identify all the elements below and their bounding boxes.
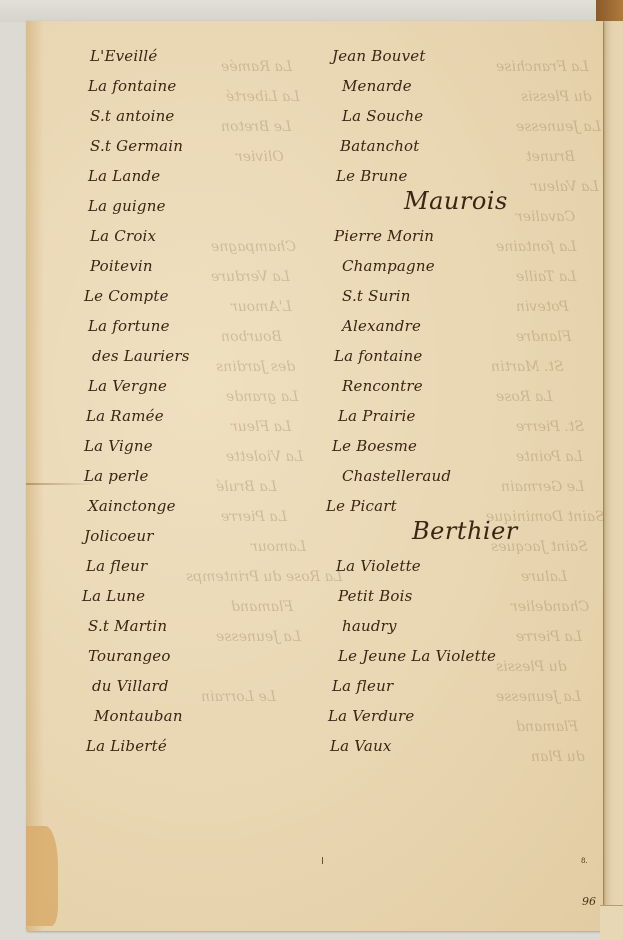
bleed-through-text: La Jeunesse [496,689,581,705]
bleed-through-text: St. Martin [491,359,564,375]
bleed-through-text: Flamand [516,719,578,735]
roster-entry: La fleur [86,557,147,575]
adjacent-page-corner [600,905,623,940]
roster-entry: La fontaine [334,347,422,365]
bleed-through-text: Flamand [231,599,293,615]
bleed-through-text: Le Lorrain [201,689,276,705]
bleed-through-text: La fontaine [496,239,576,255]
roster-entry: Jean Bouvet [332,47,426,65]
bleed-through-text: Brunet [526,149,575,165]
roster-entry: haudry [342,617,397,635]
roster-entry: Le Picart [326,497,397,515]
bleed-through-text: La Taille [516,269,576,285]
bleed-through-text: Lalure [521,569,567,585]
bleed-through-text: La Ramée [221,59,292,75]
bleed-through-text: Cavalier [516,209,575,225]
ink-mark [322,857,323,864]
roster-entry: La fleur [332,677,393,695]
roster-entry: S.t Germain [90,137,183,155]
company-heading: Maurois [404,187,508,215]
bleed-through-text: des Jardins [216,359,295,375]
roster-entry: Le Compte [84,287,169,305]
bleed-through-text: du Plessis [496,659,567,675]
roster-entry: La Verdure [328,707,415,725]
bleed-through-text: Le Germain [501,479,584,495]
roster-entry: La Liberté [86,737,167,755]
roster-entry: La Violette [336,557,421,575]
bleed-through-text: La grande [226,389,298,405]
roster-entry: Champagne [342,257,435,275]
roster-entry: S.t Martin [88,617,167,635]
bleed-through-text: Flandre [516,329,572,345]
bleed-through-text: Le Breton [221,119,291,135]
bleed-through-text: Potevin [516,299,569,315]
roster-entry: Tourangeo [88,647,171,665]
book-binding [596,0,623,22]
roster-entry: Petit Bois [338,587,412,605]
roster-entry: S.t Surin [342,287,411,305]
manuscript-page: La Ramée La Liberté Le Breton Olivier Ch… [26,21,603,931]
bleed-through-text: La Jeunesse [216,629,301,645]
roster-entry: La Croix [90,227,156,245]
bleed-through-text: La Violette [226,449,303,465]
bleed-through-text: La Verdure [211,269,290,285]
bleed-through-text: La Franchise [496,59,589,75]
margin-mark: 8. [581,857,588,865]
roster-entry: Alexandre [342,317,421,335]
bleed-through-text: Lamour [251,539,306,555]
scan-background [0,0,623,22]
bleed-through-text: La Rose [496,389,553,405]
roster-entry: Pierre Morin [334,227,434,245]
roster-entry: des Lauriers [92,347,190,365]
bleed-through-text: La Jeunesse [516,119,601,135]
roster-entry: Chastelleraud [342,467,451,485]
adjacent-page-edge [603,21,623,940]
roster-entry: du Villard [92,677,169,695]
roster-entry: Jolicoeur [84,527,154,545]
roster-entry: La Vigne [84,437,153,455]
roster-entry: Menarde [342,77,412,95]
roster-entry: La Vaux [330,737,392,755]
bleed-through-text: La Valeur [531,179,599,195]
bleed-through-text: Bourbon [221,329,282,345]
bleed-through-text: La Brulé [216,479,277,495]
roster-entry: La Souche [342,107,423,125]
bleed-through-text: du Plessis [521,89,592,105]
bleed-through-text: La Pierre [221,509,287,525]
bleed-through-text: Olivier [236,149,284,165]
roster-entry: Montauban [94,707,183,725]
folio-number: 96 [582,895,596,908]
roster-entry: Rencontre [342,377,423,395]
bleed-through-text: L'Amour [231,299,292,315]
roster-entry: La Vergne [88,377,167,395]
roster-entry: La Lande [88,167,160,185]
bleed-through-text: La Pointe [516,449,583,465]
water-stain [26,826,58,926]
roster-entry: La Lune [82,587,145,605]
roster-entry: La Ramée [86,407,164,425]
roster-entry: Le Brune [336,167,408,185]
roster-entry: La Prairie [338,407,416,425]
roster-entry: Poitevin [90,257,153,275]
roster-entry: La fortune [88,317,170,335]
bleed-through-text: St. Pierre [516,419,584,435]
roster-entry: Xainctonge [88,497,176,515]
bleed-through-text: du Plan [531,749,585,765]
roster-entry: La guigne [88,197,166,215]
bleed-through-text: La Rose du Printemps [186,569,342,585]
bleed-through-text: Champagne [211,239,296,255]
roster-entry: La fontaine [88,77,176,95]
bleed-through-text: La Pierre [516,629,582,645]
roster-entry: Le Jeune La Violette [338,647,496,665]
roster-entry: L'Eveillé [90,47,157,65]
roster-entry: Batanchot [340,137,420,155]
bleed-through-text: Chandelier [511,599,589,615]
bleed-through-text: La Fleur [231,419,291,435]
roster-entry: La perle [84,467,149,485]
roster-entry: S.t antoine [90,107,175,125]
roster-entry: Le Boesme [332,437,417,455]
bleed-through-text: La Liberté [226,89,300,105]
company-heading: Berthier [412,517,518,545]
